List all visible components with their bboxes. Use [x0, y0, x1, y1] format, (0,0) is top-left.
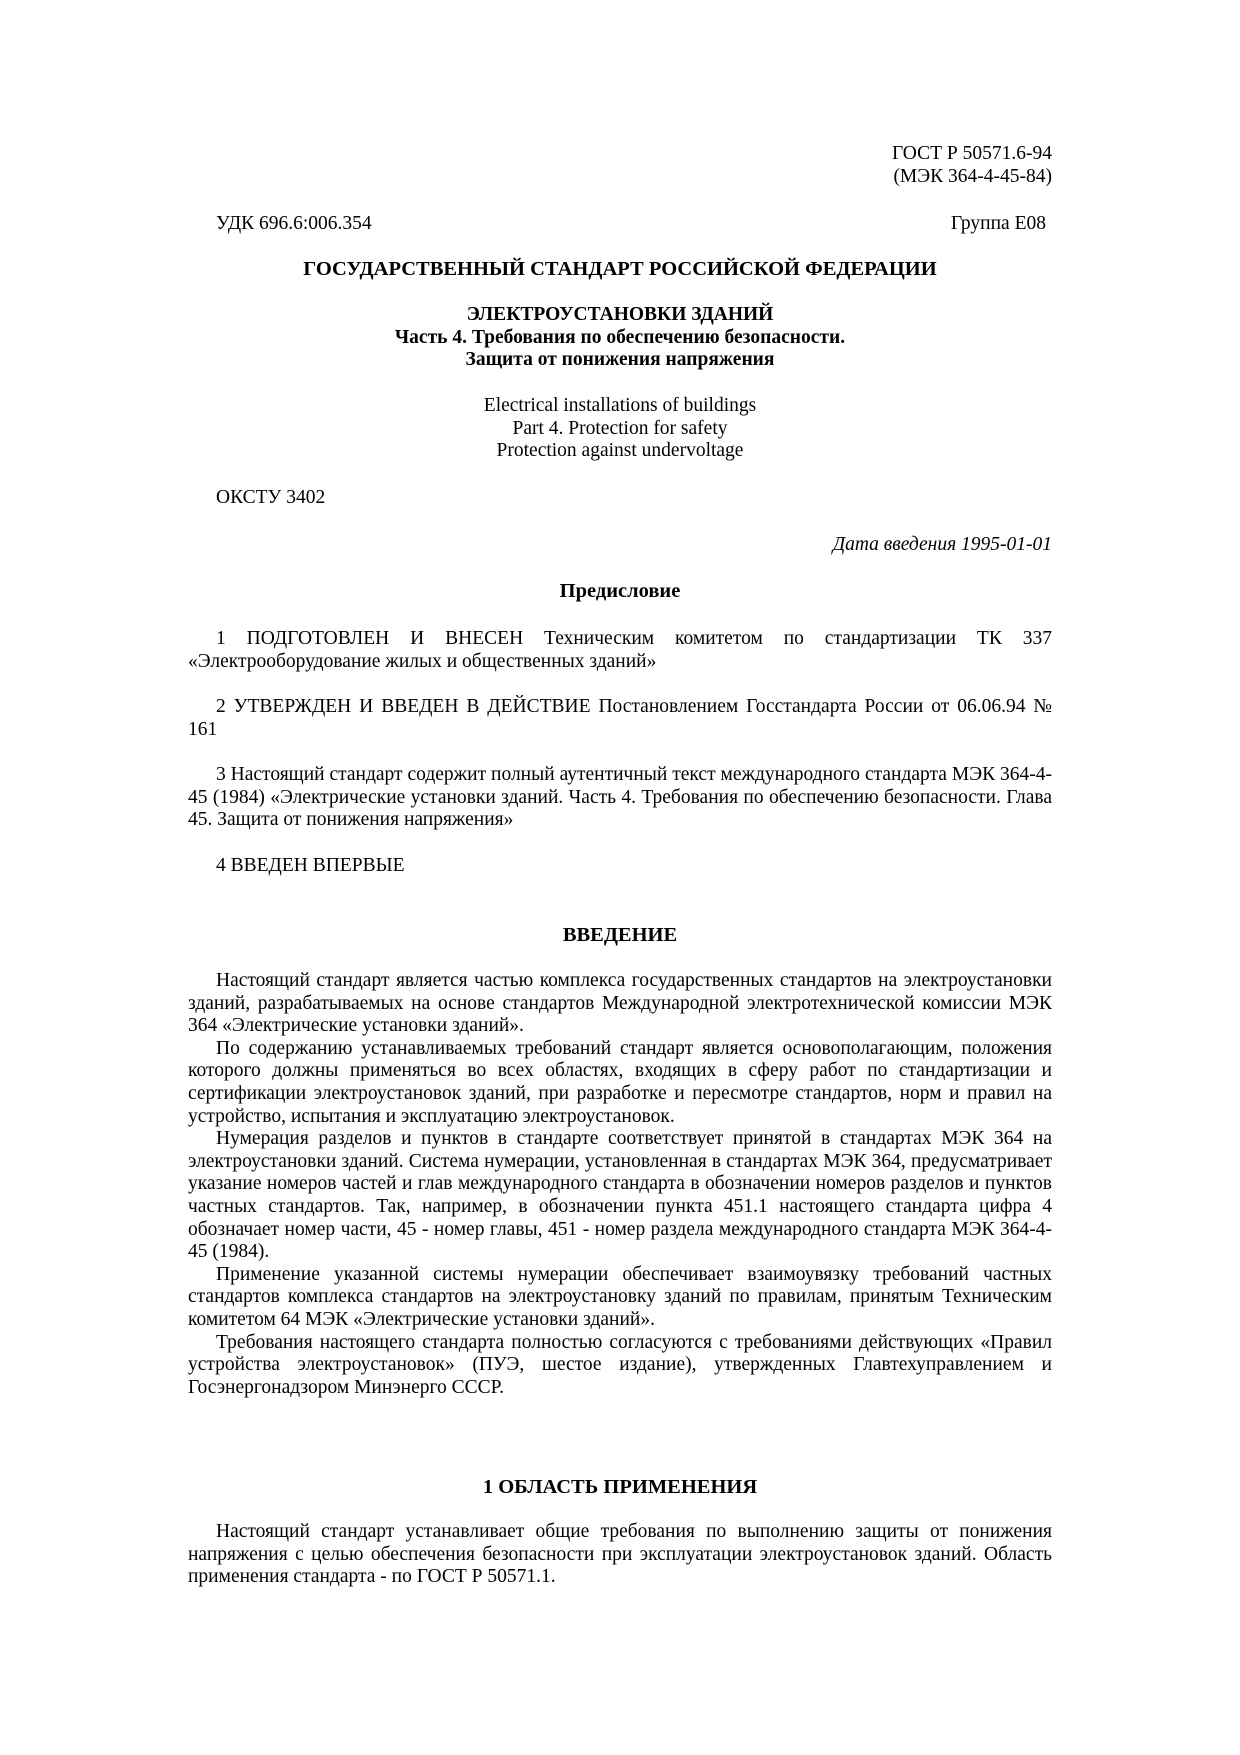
- introduction-heading: ВВЕДЕНИЕ: [188, 924, 1052, 947]
- foreword-item-text: 1 ПОДГОТОВЛЕН И ВНЕСЕН Техническим комит…: [188, 628, 1052, 673]
- introduction-date: Дата введения 1995-01-01: [188, 534, 1052, 557]
- introduction-paragraph: По содержанию устанавливаемых требований…: [188, 1038, 1052, 1128]
- section-1-heading: 1 ОБЛАСТЬ ПРИМЕНЕНИЯ: [188, 1476, 1052, 1499]
- russian-title: ЭЛЕКТРОУСТАНОВКИ ЗДАНИЙ Часть 4. Требова…: [188, 304, 1052, 372]
- introduction-paragraph: Настоящий стандарт является частью компл…: [188, 970, 1052, 1038]
- document-designation: ГОСТ Р 50571.6-94 (МЭК 364-4-45-84): [852, 143, 1052, 188]
- english-title: Electrical installations of buildings Pa…: [188, 395, 1052, 463]
- introduction-paragraph: Требования настоящего стандарта полность…: [188, 1332, 1052, 1400]
- foreword-item: 1 ПОДГОТОВЛЕН И ВНЕСЕН Техническим комит…: [188, 628, 1052, 673]
- russian-title-line: ЭЛЕКТРОУСТАНОВКИ ЗДАНИЙ: [188, 304, 1052, 327]
- group-code: Группа Е08: [951, 213, 1046, 236]
- english-title-line: Electrical installations of buildings: [188, 395, 1052, 418]
- foreword-item: 2 УТВЕРЖДЕН И ВВЕДЕН В ДЕЙСТВИЕ Постанов…: [188, 696, 1052, 741]
- foreword-item-text: 3 Настоящий стандарт содержит полный аут…: [188, 764, 1052, 832]
- foreword-item: 3 Настоящий стандарт содержит полный аут…: [188, 764, 1052, 832]
- english-title-line: Protection against undervoltage: [188, 440, 1052, 463]
- english-title-line: Part 4. Protection for safety: [188, 418, 1052, 441]
- udk-code: УДК 696.6:006.354: [188, 213, 372, 236]
- introduction-body: Настоящий стандарт является частью компл…: [188, 970, 1052, 1399]
- state-standard-title: ГОСУДАРСТВЕННЫЙ СТАНДАРТ РОССИЙСКОЙ ФЕДЕ…: [188, 258, 1052, 281]
- section-1-paragraph: Настоящий стандарт устанавливает общие т…: [188, 1521, 1052, 1589]
- classification-row: УДК 696.6:006.354 Группа Е08: [188, 213, 1046, 236]
- okstu-code: ОКСТУ 3402: [188, 487, 1080, 510]
- gost-number: ГОСТ Р 50571.6-94: [852, 143, 1052, 166]
- section-1-body: Настоящий стандарт устанавливает общие т…: [188, 1521, 1052, 1589]
- russian-title-line: Защита от понижения напряжения: [188, 349, 1052, 372]
- introduction-paragraph: Нумерация разделов и пунктов в стандарте…: [188, 1128, 1052, 1264]
- foreword-item-text: 2 УТВЕРЖДЕН И ВВЕДЕН В ДЕЙСТВИЕ Постанов…: [188, 696, 1052, 741]
- foreword-heading: Предисловие: [188, 580, 1052, 603]
- foreword-item: 4 ВВЕДЕН ВПЕРВЫЕ: [188, 855, 1052, 878]
- introduction-paragraph: Применение указанной системы нумерации о…: [188, 1264, 1052, 1332]
- iec-number: (МЭК 364-4-45-84): [852, 166, 1052, 189]
- russian-title-line: Часть 4. Требования по обеспечению безоп…: [188, 327, 1052, 350]
- foreword-item-text: 4 ВВЕДЕН ВПЕРВЫЕ: [188, 855, 1052, 878]
